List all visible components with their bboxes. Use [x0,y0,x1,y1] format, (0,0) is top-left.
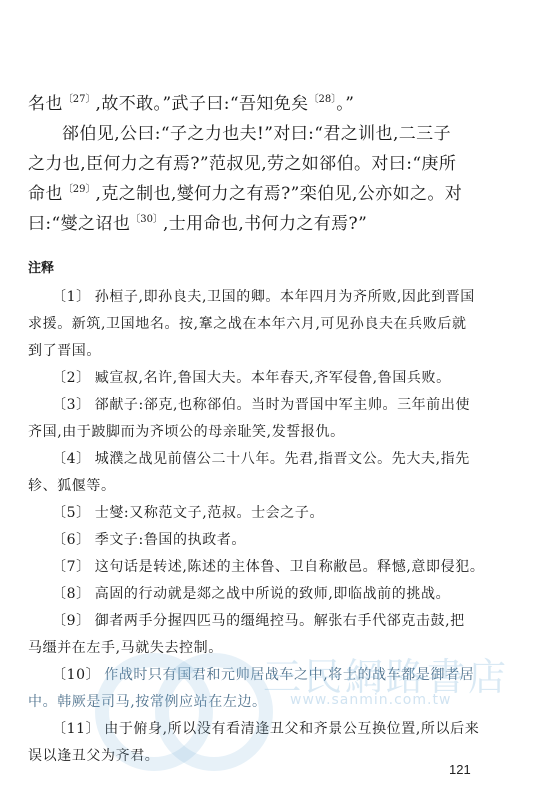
note-10: 〔10〕作战时只有国君和元帅居战车之中,将士的战车都是御者居 [52,666,474,684]
note-10-cont: 中。韩厥是司马,按常例应站在左边。 [28,693,267,711]
note-number: 〔11〕 [52,721,100,737]
note-number: 〔9〕 [52,613,91,629]
note-number: 〔8〕 [52,586,91,602]
note-number: 〔7〕 [52,559,91,575]
text-segment: 。” [336,94,354,114]
note-text: 御者两手分握四匹马的缰绳控马。解张右手代郤克击鼓,把 [95,613,465,629]
notes-heading: 注释 [28,260,54,278]
note-text: 城濮之战见前僖公二十八年。先君,指晋文公。先大夫,指先 [95,451,470,467]
note-number: 〔5〕 [52,505,91,521]
text-segment: ,故不敢。”武子曰:“吾知免矣 [96,94,309,114]
note-text: 孙桓子,即孙良夫,卫国的卿。本年四月为齐所败,因此到晋国 [95,289,475,305]
note-11: 〔11〕由于俯身,所以没有看清逢丑父和齐景公互换位置,所以后来 [52,720,479,738]
main-text-line-5: 曰:“燮之诏也〔30〕,士用命也,书何力之有焉?” [28,214,498,234]
note-1-cont: 到了晋国。 [28,342,101,360]
main-text-line-1: 名也〔27〕,故不敢。”武子曰:“吾知免矣〔28〕。” [28,94,498,114]
note-11-cont: 误以逢丑父为齐君。 [28,747,159,765]
note-4-cont: 轸、狐偃等。 [28,477,116,495]
note-number: 〔4〕 [52,451,91,467]
note-text: 由于俯身,所以没有看清逢丑父和齐景公互换位置,所以后来 [104,721,479,737]
note-number: 〔10〕 [52,667,100,683]
footnote-ref-27[interactable]: 〔27〕 [63,94,96,105]
note-number: 〔6〕 [52,532,91,548]
book-page: 名也〔27〕,故不敢。”武子曰:“吾知免矣〔28〕。” 郤伯见,公曰:“子之力也… [0,0,535,800]
page-number: 121 [449,762,471,777]
note-text: 这句话是转述,陈述的主体鲁、卫自称敝邑。释憾,意即侵犯。 [95,559,485,575]
note-7: 〔7〕这句话是转述,陈述的主体鲁、卫自称敝邑。释憾,意即侵犯。 [52,558,484,576]
footnote-ref-29[interactable]: 〔29〕 [63,184,96,195]
note-8: 〔8〕高固的行动就是郯之战中所说的致师,即临战前的挑战。 [52,585,450,603]
text-segment: 名也 [28,94,63,114]
text-segment: 命也 [28,184,63,204]
note-text: 作战时只有国君和元帅居战车之中,将士的战车都是御者居 [104,667,474,683]
note-1-cont: 求援。新筑,卫国地名。按,鞌之战在本年六月,可见孙良夫在兵败后就 [28,315,467,333]
note-text: 士燮:又称范文子,范叔。士会之子。 [95,505,324,521]
note-number: 〔1〕 [52,289,91,305]
main-text-line-2: 郤伯见,公曰:“子之力也夫!”对曰:“君之训也,二三子 [62,124,532,144]
main-text-line-4: 命也〔29〕,克之制也,燮何力之有焉?”栾伯见,公亦如之。对 [28,184,498,204]
note-text: 季文子:鲁国的执政者。 [95,532,246,548]
note-text: 高固的行动就是郯之战中所说的致师,即临战前的挑战。 [95,586,450,602]
note-9: 〔9〕御者两手分握四匹马的缰绳控马。解张右手代郤克击鼓,把 [52,612,465,630]
note-6: 〔6〕季文子:鲁国的执政者。 [52,531,246,549]
note-5: 〔5〕士燮:又称范文子,范叔。士会之子。 [52,504,324,522]
footnote-ref-28[interactable]: 〔28〕 [309,94,337,105]
note-3-cont: 齐国,由于跛脚而为齐顷公的母亲耻笑,发誓报仇。 [28,423,345,441]
note-1: 〔1〕孙桓子,即孙良夫,卫国的卿。本年四月为齐所败,因此到晋国 [52,288,475,306]
note-4: 〔4〕城濮之战见前僖公二十八年。先君,指晋文公。先大夫,指先 [52,450,470,468]
note-number: 〔3〕 [52,397,91,413]
watermark-url: www.sanmin.com.tw [290,692,451,708]
note-9-cont: 马缰并在左手,马就失去控制。 [28,639,223,657]
text-segment: ,克之制也,燮何力之有焉?”栾伯见,公亦如之。对 [96,184,463,204]
text-segment: 曰:“燮之诏也 [28,214,130,234]
main-text-line-3: 之力也,臣何力之有焉?”范叔见,劳之如郤伯。对曰:“庚所 [28,154,498,174]
note-3: 〔3〕郤献子:郤克,也称郤伯。当时为晋国中军主帅。三年前出使 [52,396,470,414]
note-text: 郤献子:郤克,也称郤伯。当时为晋国中军主帅。三年前出使 [95,397,470,413]
note-text: 臧宣叔,名许,鲁国大夫。本年春天,齐军侵鲁,鲁国兵败。 [95,370,451,386]
text-segment: ,士用命也,书何力之有焉?” [163,214,367,234]
note-2: 〔2〕臧宣叔,名许,鲁国大夫。本年春天,齐军侵鲁,鲁国兵败。 [52,369,451,387]
footnote-ref-30[interactable]: 〔30〕 [130,214,163,225]
note-number: 〔2〕 [52,370,91,386]
